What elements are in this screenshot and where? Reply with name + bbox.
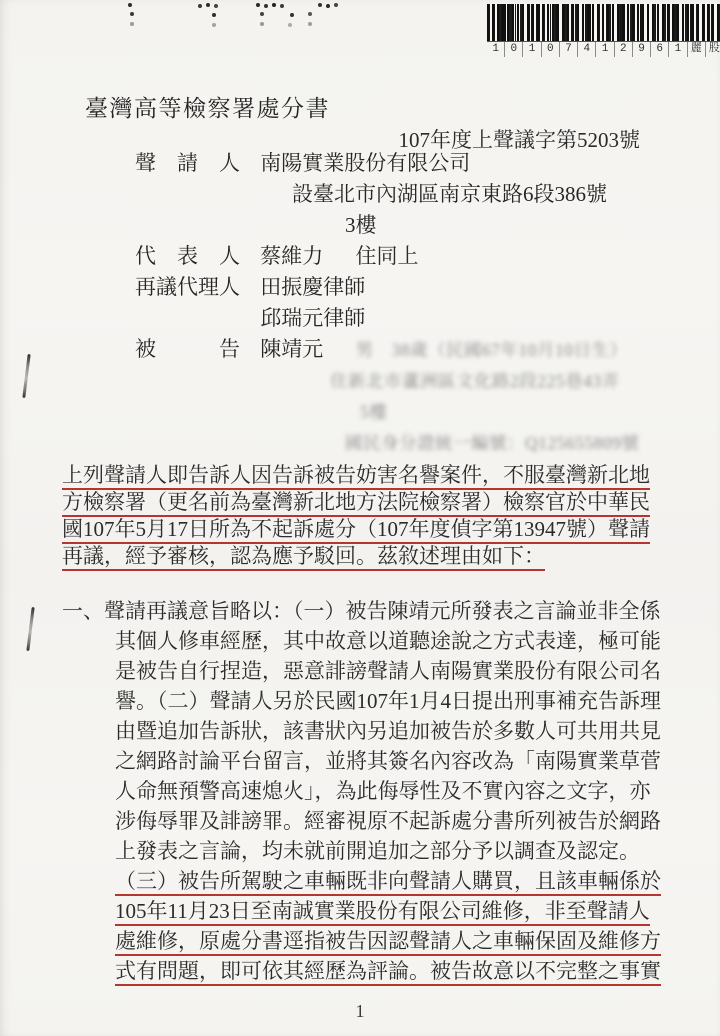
- case-barcode: 1 0 1 0 7 4 1 2 9 6 1 麗 股: [487, 4, 720, 57]
- redacted-address: 住新北市蘆洲區文化路2段225巷43弄: [330, 366, 620, 397]
- redacted-personal-info: 男 38歲（民國67年10月10日生）: [356, 335, 628, 366]
- body-text: 是被告自行捏造，惡意誹謗聲請人南陽實業股份有限公司名: [115, 659, 661, 683]
- body-text: 之網路討論平台留言，並將其簽名內容改為「南陽實業草菅: [115, 749, 661, 773]
- barcode-digit: 2: [615, 42, 633, 57]
- party-row-defendant-id: 國民身分證統一編號：Q125655809號: [135, 427, 695, 458]
- body-text: 譽。（二）聲請人另於民國107年1月4日提出刑事補充告訴理: [115, 689, 661, 713]
- party-label: 被 告: [135, 334, 240, 365]
- barcode-bars-icon: [487, 4, 720, 41]
- party-label: 再議代理人: [135, 272, 240, 303]
- body-line: 人命無預警高速熄火」，為此侮辱性及不實內容之文字，亦: [62, 776, 672, 806]
- reasons-section-1: 一、聲請再議意旨略以：（一）被告陳靖元所發表之言論並非全係 其個人修車經歷，其中…: [62, 596, 672, 986]
- body-line: 涉侮辱罪及誹謗罪。經審視原不起訴處分書所列被告於網路: [62, 806, 672, 836]
- redacted-id-number: 國民身分證統一編號：Q125655809號: [345, 428, 639, 459]
- party-row-applicant: 聲 請 人 南陽實業股份有限公司: [135, 148, 695, 179]
- party-value: 南陽實業股份有限公司: [260, 148, 470, 179]
- barcode-digit: 1: [487, 42, 505, 57]
- red-underlined-text: 105年11月23日至南誠實業股份有限公司維修，非至聲請人: [115, 899, 650, 926]
- red-underlined-text: （三）被告所駕駛之車輛既非向聲請人購買，且該車輛係於: [115, 869, 661, 896]
- barcode-digit: 0: [505, 42, 523, 57]
- staple-mark: [26, 607, 34, 651]
- body-text: 其個人修車經歷，其中故意以道聽途說之方式表達，極可能: [115, 629, 661, 653]
- barcode-digit: 1: [596, 42, 614, 57]
- intro-paragraph: 上列聲請人即告訴人因告訴被告妨害名譽案件，不服臺灣新北地 方檢察署（更名前為臺灣…: [62, 462, 667, 570]
- barcode-digit: 0: [542, 42, 560, 57]
- party-row-defendant: 被 告 陳靖元 男 38歲（民國67年10月10日生）: [135, 334, 695, 365]
- party-value: 田振慶律師: [260, 272, 365, 303]
- scanned-document-page: 1 0 1 0 7 4 1 2 9 6 1 麗 股 臺灣高等檢察署處分書 107…: [0, 0, 720, 1036]
- red-underlined-text: 處維修，原處分書逕指被告因認聲請人之車輛保固及維修方: [115, 929, 661, 956]
- party-row-representative: 代 表 人 蔡維力 住同上: [135, 241, 695, 272]
- body-line: （三）被告所駕駛之車輛既非向聲請人購買，且該車輛係於: [62, 866, 672, 896]
- body-line: 上發表之言論，均未就前開追加之部分予以調查及認定。: [62, 836, 672, 866]
- red-underlined-text: 式有問題，即可依其經歷為評論。被告故意以不完整之事實: [115, 959, 661, 986]
- intro-line: 上列聲請人即告訴人因告訴被告妨害名譽案件，不服臺灣新北地: [62, 462, 667, 489]
- party-label: 代 表 人: [135, 241, 240, 272]
- red-underlined-text: 再議，經予審核，認為應予駁回。茲敘述理由如下：: [62, 544, 545, 571]
- party-row-defendant-floor: 5樓: [135, 396, 695, 427]
- party-row-defendant-address: 住新北市蘆洲區文化路2段225巷43弄: [135, 365, 695, 396]
- intro-line: 再議，經予審核，認為應予駁回。茲敘述理由如下：: [62, 543, 667, 570]
- body-line: 一、聲請再議意旨略以：（一）被告陳靖元所發表之言論並非全係: [62, 596, 672, 626]
- party-row-agent-2: 邱瑞元律師: [135, 303, 695, 334]
- barcode-digit: 7: [560, 42, 578, 57]
- body-line: 其個人修車經歷，其中故意以道聽途說之方式表達，極可能: [62, 626, 672, 656]
- body-line: 譽。（二）聲請人另於民國107年1月4日提出刑事補充告訴理: [62, 686, 672, 716]
- barcode-digit: 1: [523, 42, 541, 57]
- body-text: 人命無預警高速熄火」，為此侮辱性及不實內容之文字，亦: [115, 779, 651, 803]
- body-line: 之網路討論平台留言，並將其簽名內容改為「南陽實業草菅: [62, 746, 672, 776]
- parties-block: 聲 請 人 南陽實業股份有限公司 設臺北市內湖區南京東路6段386號 3樓 代 …: [135, 148, 695, 458]
- body-line: 由暨追加告訴狀，該書狀內另追加被告於多數人可共用共見: [62, 716, 672, 746]
- party-label: 聲 請 人: [135, 148, 240, 179]
- barcode-digit: 4: [578, 42, 596, 57]
- staple-mark: [22, 354, 30, 398]
- body-text: 由暨追加告訴狀，該書狀內另追加被告於多數人可共用共見: [115, 719, 661, 743]
- intro-line: 國107年5月17日所為不起訴處分（107年度偵字第13947號）聲請: [62, 516, 667, 543]
- body-line: 是被告自行捏造，惡意誹謗聲請人南陽實業股份有限公司名: [62, 656, 672, 686]
- body-text: 上發表之言論，均未就前開追加之部分予以調查及認定。: [115, 839, 640, 863]
- body-text: 一、聲請再議意旨略以：（一）被告陳靖元所發表之言論並非全係: [62, 599, 661, 623]
- red-underlined-text: 國107年5月17日所為不起訴處分（107年度偵字第13947號）聲請: [62, 517, 650, 544]
- party-address: 設臺北市內湖區南京東路6段386號: [292, 179, 607, 210]
- party-address-floor: 3樓: [345, 210, 377, 241]
- red-underlined-text: 方檢察署（更名前為臺灣新北地方法院檢察署）檢察官於中華民: [62, 490, 650, 517]
- body-text: 涉侮辱罪及誹謗罪。經審視原不起訴處分書所列被告於網路: [115, 809, 661, 833]
- barcode-digits: 1 0 1 0 7 4 1 2 9 6 1 麗 股: [487, 41, 720, 57]
- party-row-address: 設臺北市內湖區南京東路6段386號: [135, 179, 695, 210]
- party-value: 陳靖元: [260, 334, 323, 365]
- party-value: 邱瑞元律師: [260, 303, 365, 334]
- party-value: 蔡維力: [260, 241, 323, 272]
- barcode-digit: 6: [651, 42, 669, 57]
- page-number: 1: [0, 1001, 720, 1022]
- intro-line: 方檢察署（更名前為臺灣新北地方法院檢察署）檢察官於中華民: [62, 489, 667, 516]
- barcode-unit-char: 股: [706, 42, 720, 57]
- party-residence-note: 住同上: [356, 241, 419, 272]
- barcode-unit-char: 麗: [688, 42, 706, 57]
- printer-dots: [128, 3, 132, 7]
- redacted-address-floor: 5樓: [360, 397, 387, 428]
- body-line: 處維修，原處分書逕指被告因認聲請人之車輛保固及維修方: [62, 926, 672, 956]
- barcode-digit: 1: [669, 42, 687, 57]
- barcode-digit: 9: [633, 42, 651, 57]
- document-title: 臺灣高等檢察署處分書: [85, 90, 330, 123]
- body-line: 式有問題，即可依其經歷為評論。被告故意以不完整之事實: [62, 956, 672, 986]
- party-row-address-floor: 3樓: [135, 210, 695, 241]
- party-row-agent: 再議代理人 田振慶律師: [135, 272, 695, 303]
- body-line: 105年11月23日至南誠實業股份有限公司維修，非至聲請人: [62, 896, 672, 926]
- red-underlined-text: 上列聲請人即告訴人因告訴被告妨害名譽案件，不服臺灣新北地: [62, 463, 650, 490]
